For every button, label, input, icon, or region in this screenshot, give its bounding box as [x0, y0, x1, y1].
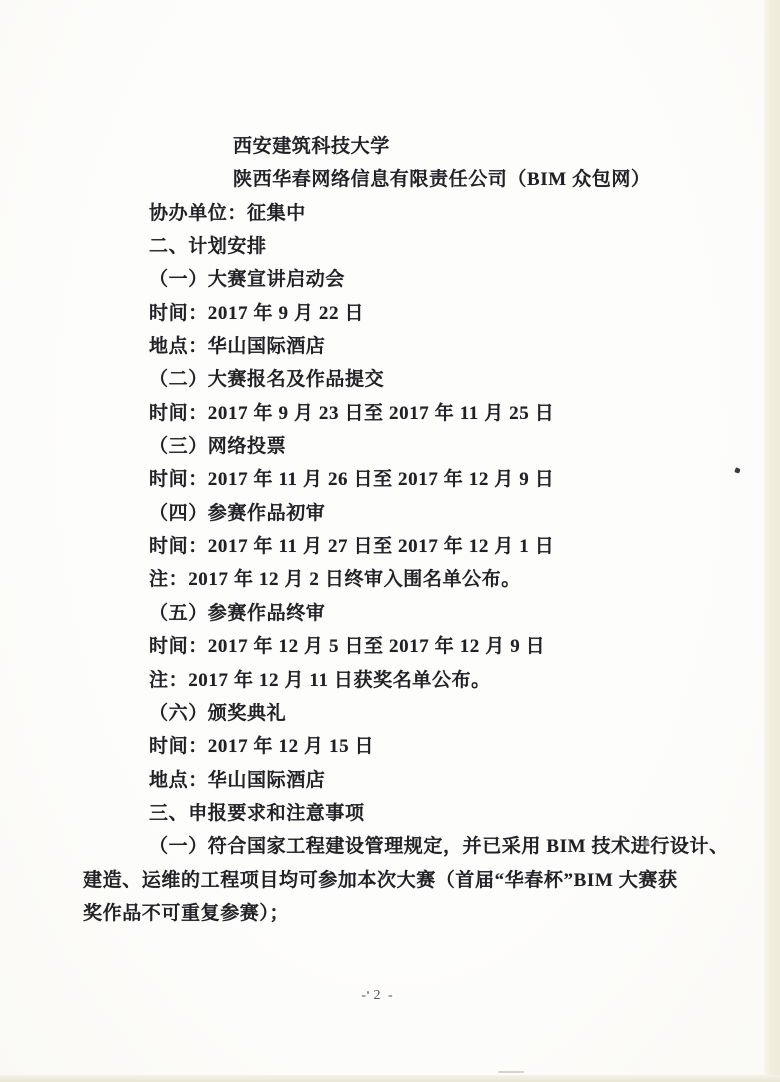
- text-line: 时间：2017 年 11 月 27 日至 2017 年 12 月 1 日: [83, 530, 703, 563]
- text-line: （三）网络投票: [83, 430, 703, 463]
- scanned-document-page: 西安建筑科技大学陕西华春网络信息有限责任公司（BIM 众包网）协办单位：征集中二…: [0, 0, 780, 1082]
- text-line: 西安建筑科技大学: [83, 130, 703, 163]
- text-line: 注：2017 年 12 月 2 日终审入围名单公布。: [83, 563, 703, 596]
- scan-edge-right: [764, 0, 780, 1082]
- text-line: （二）大赛报名及作品提交: [83, 363, 703, 396]
- text-line: 地点：华山国际酒店: [83, 330, 703, 363]
- text-line: 时间：2017 年 11 月 26 日至 2017 年 12 月 9 日: [83, 463, 703, 496]
- text-line: （一）大赛宣讲启动会: [83, 263, 703, 296]
- document-body: 西安建筑科技大学陕西华春网络信息有限责任公司（BIM 众包网）协办单位：征集中二…: [83, 130, 703, 930]
- page-number: - 2 -: [328, 988, 428, 1004]
- text-line: （六）颁奖典礼: [83, 697, 703, 730]
- text-line: 时间：2017 年 12 月 15 日: [83, 730, 703, 763]
- text-line: 三、申报要求和注意事项: [83, 797, 703, 830]
- text-line: 建造、运维的工程项目均可参加本次大赛（首届“华春杯”BIM 大赛获: [83, 864, 703, 897]
- text-line: 注：2017 年 12 月 11 日获奖名单公布。: [83, 664, 703, 697]
- text-line: （五）参赛作品终审: [83, 597, 703, 630]
- text-line: 地点：华山国际酒店: [83, 764, 703, 797]
- text-line: 时间：2017 年 9 月 23 日至 2017 年 11 月 25 日: [83, 397, 703, 430]
- scan-smudge: [498, 1071, 524, 1073]
- scan-edge-bottom: [0, 1075, 780, 1082]
- text-line: 协办单位：征集中: [83, 197, 703, 230]
- text-line: 奖作品不可重复参赛）；: [83, 897, 703, 930]
- text-line: 陕西华春网络信息有限责任公司（BIM 众包网）: [83, 163, 703, 196]
- text-line: 二、计划安排: [83, 230, 703, 263]
- scan-speck: [734, 467, 740, 473]
- scan-speck: [367, 991, 369, 994]
- text-line: （一）符合国家工程建设管理规定，并已采用 BIM 技术进行设计、: [83, 830, 703, 863]
- text-line: （四）参赛作品初审: [83, 497, 703, 530]
- text-line: 时间：2017 年 9 月 22 日: [83, 297, 703, 330]
- text-line: 时间：2017 年 12 月 5 日至 2017 年 12 月 9 日: [83, 630, 703, 663]
